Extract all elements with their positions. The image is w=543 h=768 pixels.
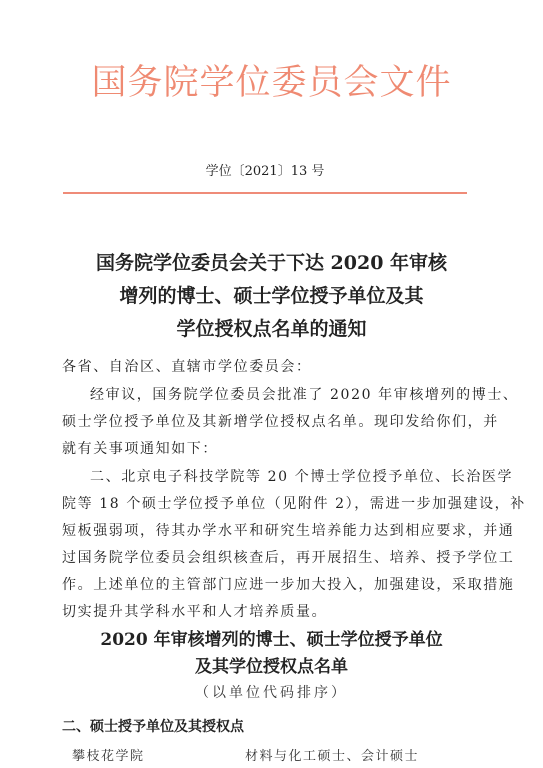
body-line-4: 二、北京电子科技学院等 20 个博士学位授予单位、长治医学 xyxy=(90,466,513,486)
red-divider-rule xyxy=(63,192,467,194)
body-line-7: 过国务院学位委员会组织核查后，再开展招生、培养、授予学位工 xyxy=(62,547,514,567)
salutation: 各省、自治区、直辖市学位委员会： xyxy=(62,356,312,376)
body-line-8: 作。上述单位的主管部门应进一步加大投入，加强建设，采取措施 xyxy=(62,574,514,594)
body-line-2: 硕士学位授予单位及其新增学位授权点名单。现印发给你们，并 xyxy=(62,411,499,431)
body-line-1: 经审议，国务院学位委员会批准了 2020 年审核增列的博士、 xyxy=(90,384,519,404)
body-line-3: 就有关事项通知如下： xyxy=(62,438,218,458)
notice-title-line-3: 学位授权点名单的通知 xyxy=(0,314,543,341)
unit-programs: 材料与化工硕士、会计硕士 xyxy=(245,745,419,764)
section-heading: 二、硕士授予单位及其授权点 xyxy=(62,716,244,736)
attachment-title-line-1: 2020 年审核增列的博士、硕士学位授予单位 xyxy=(0,625,543,650)
attachment-title-line-2: 及其学位授权点名单 xyxy=(0,652,543,677)
notice-title-line-2: 增列的博士、硕士学位授予单位及其 xyxy=(0,281,543,308)
body-line-9: 切实提升其学科水平和人才培养质量。 xyxy=(62,601,327,621)
issuer-header: 国务院学位委员会文件 xyxy=(0,58,543,108)
body-line-6: 短板强弱项，待其办学水平和研究生培养能力达到相应要求，并通 xyxy=(62,520,514,540)
body-line-5: 院等 18 个硕士学位授予单位（见附件 2），需进一步加强建设，补 xyxy=(62,493,526,513)
attachment-subtitle: （以单位代码排序） xyxy=(0,682,543,702)
notice-title-line-1: 国务院学位委员会关于下达 2020 年审核 xyxy=(0,248,543,275)
document-number: 学位〔2021〕13 号 xyxy=(0,160,530,179)
unit-name: 攀枝花学院 xyxy=(72,745,145,764)
